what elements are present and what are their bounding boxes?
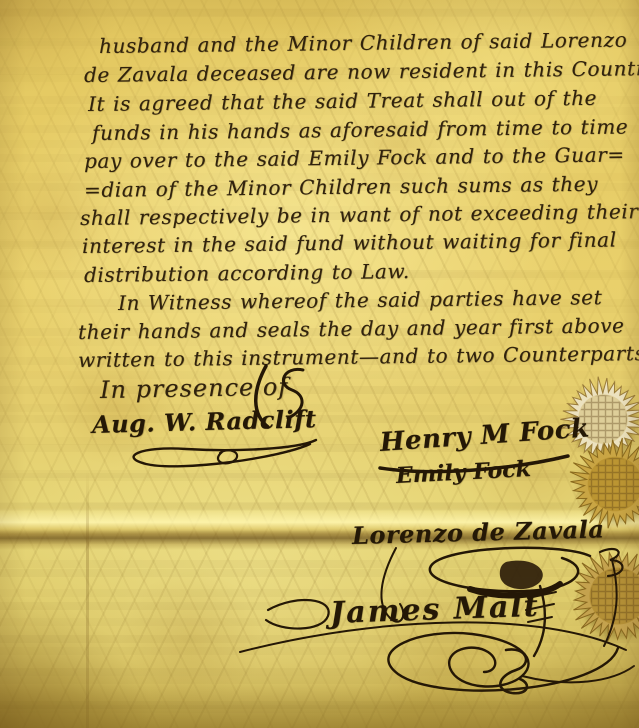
signature-emily-fock: Emily Fock	[395, 456, 531, 489]
signature-henry-m-fock: Henry M Fock	[379, 413, 591, 458]
text-line-3: It is agreed that the said Treat shall o…	[88, 86, 597, 116]
radclift-paraph	[134, 440, 316, 466]
james-left-loop	[266, 600, 329, 629]
text-line-6: =dian of the Minor Children such sums as…	[84, 172, 598, 202]
zavala-flourish-curls	[600, 549, 623, 576]
text-line-2: de Zavala deceased are now resident in t…	[84, 56, 639, 87]
manuscript-page: husband and the Minor Children of said L…	[0, 0, 639, 728]
signature-lorenzo-de-zavala: Lorenzo de Zavala	[352, 514, 605, 550]
text-line-10: In Witness whereof the said parties have…	[118, 285, 603, 315]
text-line-8: interest in the said fund without waitin…	[82, 227, 617, 258]
text-line-5: pay over to the said Emily Fock and to t…	[84, 142, 625, 173]
signature-james-malt: James Malt	[329, 589, 540, 631]
james-spiral-tail	[522, 666, 634, 682]
text-line-9: distribution according to Law.	[84, 259, 410, 287]
zavala-flourish-blob	[500, 561, 543, 590]
text-line-12: written to this instrument—and to two Co…	[78, 341, 639, 372]
james-spiral	[388, 633, 618, 691]
in-presence-of-caption: In presence of	[100, 373, 289, 404]
zavala-flourish-loop	[430, 548, 590, 591]
witness-signature-radclift: Aug. W. Radclift	[92, 404, 317, 439]
text-line-4: funds in his hands as aforesaid from tim…	[92, 114, 629, 145]
wafer-seal-bottom	[574, 553, 639, 641]
vertical-fold-crease	[86, 470, 89, 728]
zavala-flourish-tail	[604, 560, 617, 646]
james-eight-curl	[500, 649, 527, 693]
radclift-paraph-loop	[218, 450, 237, 463]
text-line-11: their hands and seals the day and year f…	[78, 313, 625, 344]
text-line-7: shall respectively be in want of not exc…	[80, 199, 639, 230]
text-line-1: husband and the Minor Children of said L…	[99, 28, 628, 58]
